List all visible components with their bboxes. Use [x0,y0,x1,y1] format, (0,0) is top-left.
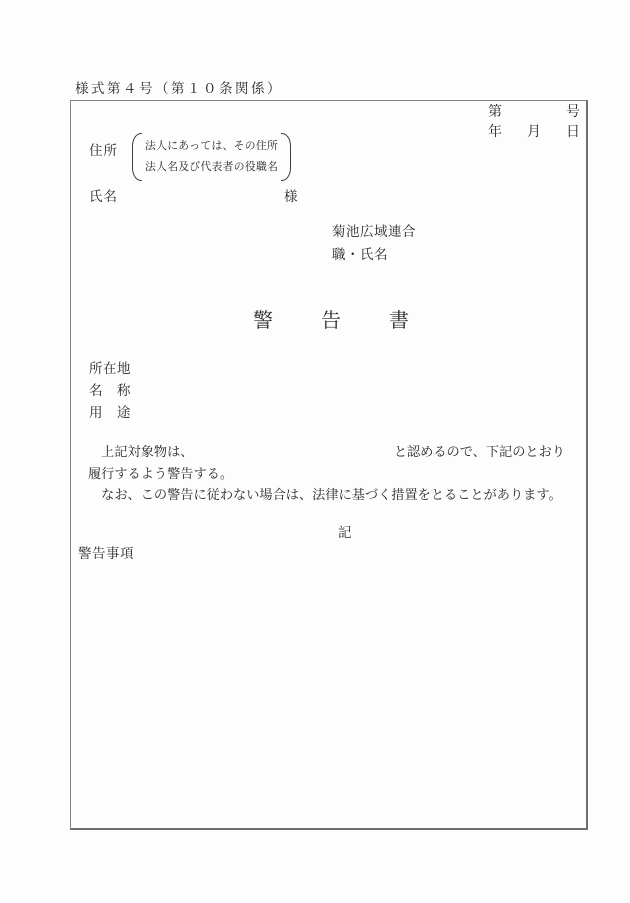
corporate-note: 法人にあっては、その住所 法人名及び代表者の役職名 [142,133,281,181]
property-name-label: 名 称 [89,380,131,402]
body-line1-lead: 上記対象物は、 [88,441,194,463]
ki-heading: 記 [338,521,352,541]
honorific-label: 様 [284,185,298,205]
sender-organization: 菊池広域連合 [332,220,416,243]
corporate-note-line2: 法人名及び代表者の役職名 [145,157,278,178]
doc-number-suffix: 号 [566,103,580,123]
warning-items-label: 警告事項 [78,542,134,562]
bracket-open-icon [132,133,142,181]
sender-position-name-label: 職・氏名 [332,243,416,266]
date-row: 年 月 日 [488,123,580,143]
name-label: 氏名 [89,185,118,205]
document-page: 様式第４号（第１０条関係） 第 号 年 月 日 住所 法人にあっては、その住所 … [0,0,630,903]
year-label: 年 [488,123,502,143]
form-number-label: 様式第４号（第１０条関係） [75,77,283,97]
corporate-note-line1: 法人にあっては、その住所 [145,136,278,157]
property-use-label: 用 途 [89,402,131,424]
doc-number-prefix: 第 [488,103,502,123]
doc-number-row: 第 号 [488,103,580,123]
body-line-2: 履行するよう警告する。 [88,463,565,485]
body-line-1: 上記対象物は、 と認めるので、下記のとおり [88,441,565,463]
address-label: 住所 [89,139,118,159]
doc-number-date-block: 第 号 年 月 日 [488,103,580,143]
day-label: 日 [566,123,580,143]
bracket-close-icon [281,133,291,181]
property-location-label: 所在地 [89,358,131,380]
month-label: 月 [527,123,541,143]
corporate-note-bracket: 法人にあっては、その住所 法人名及び代表者の役職名 [132,133,291,181]
document-border-box: 第 号 年 月 日 住所 法人にあっては、その住所 法人名及び代表者の役職名 氏… [70,100,588,830]
body-paragraph: 上記対象物は、 と認めるので、下記のとおり 履行するよう警告する。 なお、この警… [88,441,565,506]
body-line1-tail: と認めるので、下記のとおり [394,441,565,463]
document-title: 警告書 [253,304,457,333]
sender-block: 菊池広域連合 職・氏名 [332,220,416,266]
property-block: 所在地 名 称 用 途 [89,358,131,424]
body-line-3: なお、この警告に従わない場合は、法律に基づく措置をとることがあります。 [88,484,565,506]
